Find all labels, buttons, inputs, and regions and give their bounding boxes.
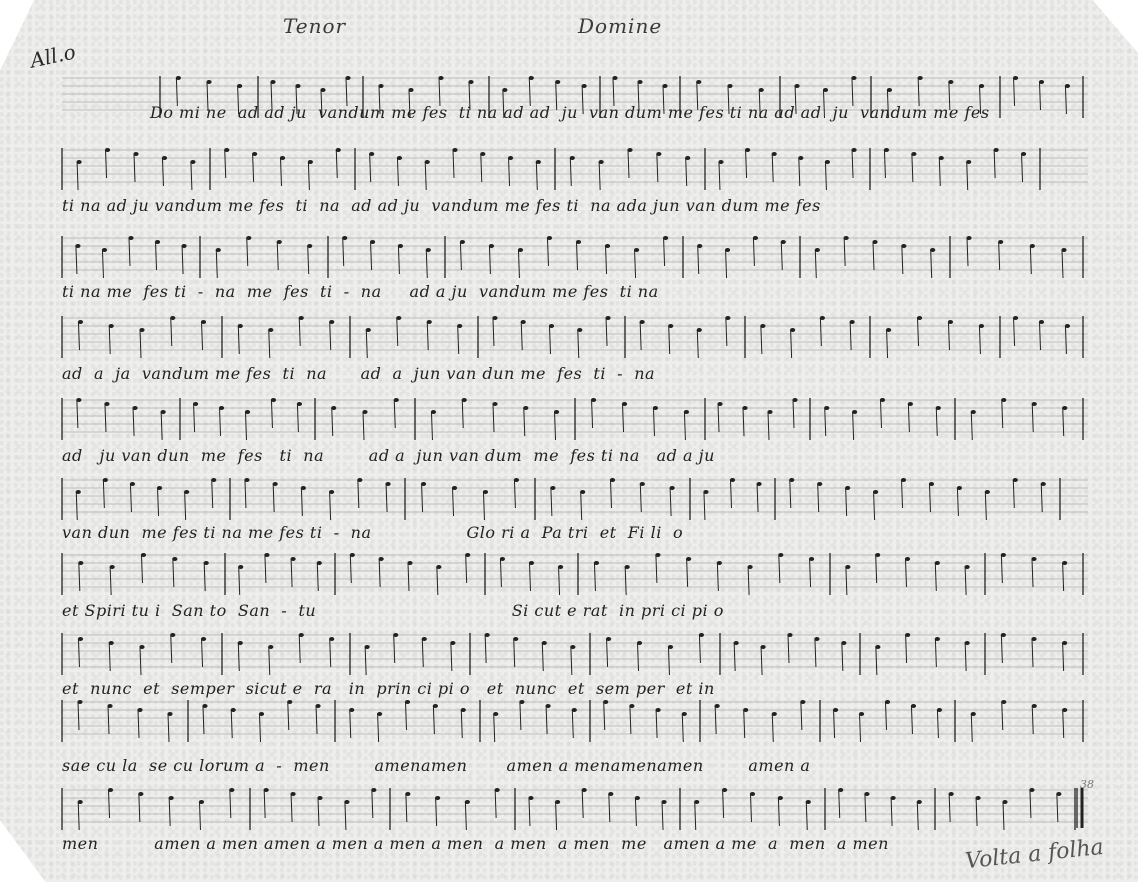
footer-signature: Volta a folha	[964, 835, 1105, 874]
lyric-line: sae cu la se cu lorum a - men amenamen a…	[62, 756, 810, 775]
tempo-marking: All.o	[28, 40, 78, 73]
lyric-line: ti na ad ju vandum me fes ti na ad ad ju…	[62, 196, 821, 215]
staff-lines	[0, 0, 1138, 882]
lyric-line: ad a ja vandum me fes ti na ad a jun van…	[62, 364, 655, 383]
staff-lines	[0, 0, 1138, 882]
voice-part-title: Tenor	[283, 14, 346, 38]
lyric-line: Do mi ne ad ad ju vandum me fes ti na ad…	[150, 103, 990, 122]
staff-lines	[0, 0, 1138, 882]
lyric-line: men amen a men amen a men a men a men a …	[62, 834, 889, 853]
lyric-line: van dun me fes ti na me fes ti - na Glo …	[62, 523, 683, 542]
manuscript-page: Tenor Domine All.o Do mi ne ad ad ju van…	[0, 0, 1138, 882]
staff-lines	[0, 0, 1138, 882]
staff-lines	[0, 0, 1138, 882]
piece-title: Domine	[578, 14, 662, 38]
lyric-line: et nunc et semper sicut e ra in prin ci …	[62, 679, 715, 698]
page-number: 38	[1080, 778, 1094, 791]
lyric-line: ad ju van dun me fes ti na ad a jun van …	[62, 446, 715, 465]
staff-lines	[0, 0, 1138, 882]
staff-lines	[0, 0, 1138, 882]
lyric-line: ti na me fes ti - na me fes ti - na ad a…	[62, 282, 659, 301]
staff-lines	[0, 0, 1138, 882]
staff-lines	[0, 0, 1138, 882]
lyric-line: et Spiri tu i San to San - tu Si cut e r…	[62, 601, 724, 620]
staff-lines	[0, 0, 1138, 882]
